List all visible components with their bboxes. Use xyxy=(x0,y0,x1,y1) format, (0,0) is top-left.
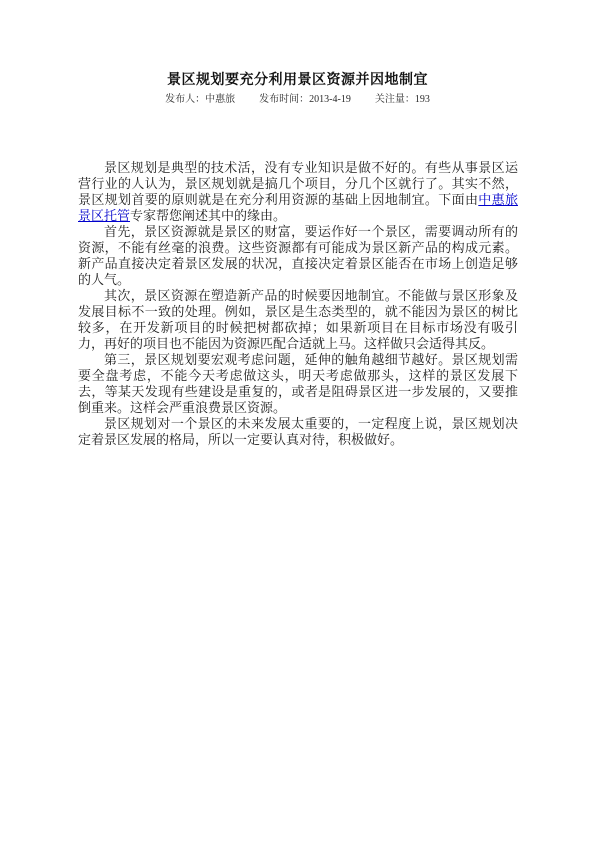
publisher-field: 发布人：中惠旅 xyxy=(165,93,235,106)
article-meta: 发布人：中惠旅发布时间：2013-4-19关注量：193 xyxy=(0,93,595,106)
paragraph-third-point: 第三，景区规划要宏观考虑问题，延伸的触角越细节越好。景区规划需要全盘考虑，不能今… xyxy=(78,352,518,416)
page-title: 景区规划要充分利用景区资源并因地制宜 xyxy=(0,0,595,90)
article-body: 景区规划是典型的技术活，没有专业知识是做不好的。有些从事景区运营行业的人认为，景… xyxy=(78,160,518,448)
paragraph-conclusion: 景区规划对一个景区的未来发展太重要的，一定程度上说，景区规划决定着景区发展的格局… xyxy=(78,416,518,448)
document-page: 景区规划要充分利用景区资源并因地制宜 发布人：中惠旅发布时间：2013-4-19… xyxy=(0,0,595,842)
intro-text-after-link: 专家帮您阐述其中的缘由。 xyxy=(130,208,286,223)
paragraph-second-point: 其次，景区资源在塑造新产品的时候要因地制宜。不能做与景区形象及发展目标不一致的处… xyxy=(78,288,518,352)
views-field: 关注量：193 xyxy=(375,93,430,106)
publish-time-field: 发布时间：2013-4-19 xyxy=(259,93,351,106)
paragraph-first-point: 首先，景区资源就是景区的财富，要运作好一个景区，需要调动所有的资源，不能有丝毫的… xyxy=(78,224,518,288)
paragraph-intro: 景区规划是典型的技术活，没有专业知识是做不好的。有些从事景区运营行业的人认为，景… xyxy=(78,160,518,224)
intro-text-before-link: 景区规划是典型的技术活，没有专业知识是做不好的。有些从事景区运营行业的人认为，景… xyxy=(78,160,518,207)
